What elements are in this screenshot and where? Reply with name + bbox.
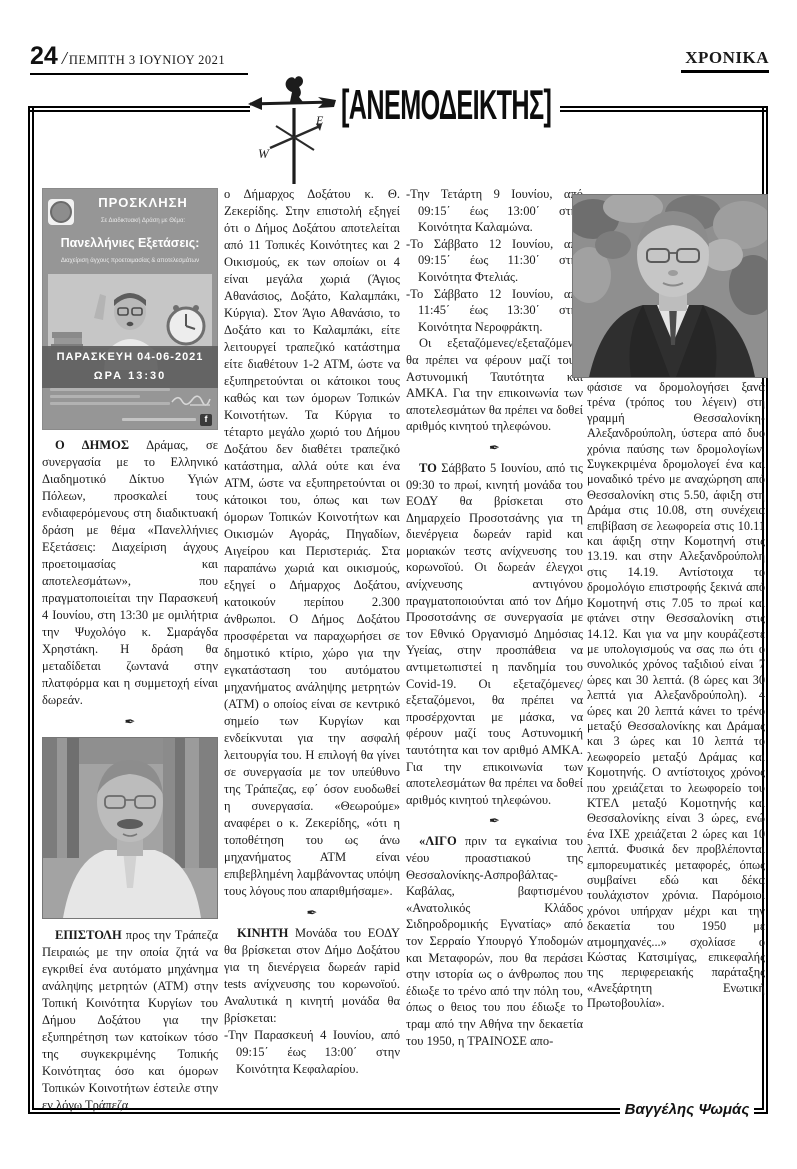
poster-title: ΠΡΟΣΚΛΗΣΗ [74,194,212,211]
poster-time: ΩΡΑ 13:30 [42,368,218,385]
article-text: Δράμας, σε συνεργασία με το Ελληνικό Δια… [42,438,218,707]
page-header-left: 24/ΠΕΜΠΤΗ 3 ΙΟΥΝΙΟΥ 2021 [30,42,225,71]
column-1: ΠΡΟΣΚΛΗΣΗ Σε Διαδικτυακή Δράση με Θέμα: … [42,188,218,1120]
schedule-item: -Την Τετάρτη 9 Ιουνίου, από 09:15΄ έως 1… [406,186,583,236]
poster-top: ΠΡΟΣΚΛΗΣΗ Σε Διαδικτυακή Δράση με Θέμα: [42,188,218,232]
article-lead: «ΛΙΓΟ [419,834,457,848]
article-paragraph: φάσισε να δρομολογήσει ξανά τρένα (τρόπο… [587,380,765,1012]
schedule-item: -Την Παρασκευή 4 Ιουνίου, από 09:15΄ έως… [224,1027,400,1078]
poster-date-band: ΠΑΡΑΣΚΕΥΗ 04-06-2021 ΩΡΑ 13:30 [42,346,218,388]
poster-heading: Πανελλήνιες Εξετάσεις: [42,235,218,252]
poster-footer: f [42,384,218,430]
article-lead: ΤΟ [419,461,437,475]
portrait-photo-mayor [42,737,218,919]
column-4: φάσισε να δρομολογήσει ξανά τρένα (τρόπο… [587,380,765,1112]
schedule-item: -Το Σάββατο 12 Ιουνίου, από 09:15΄ έως 1… [406,236,583,286]
article-paragraph: Οι εξεταζόμενες/εξεταζόμενοι θα πρέπει ν… [406,335,583,435]
poster-subtitle: Σε Διαδικτυακή Δράση με Θέμα: [74,213,212,230]
column-3: -Την Τετάρτη 9 Ιουνίου, από 09:15΄ έως 1… [406,186,583,1116]
article-text: φάσισε να δρομολογήσει ξανά τρένα (τρόπο… [587,380,765,1010]
event-poster: ΠΡΟΣΚΛΗΣΗ Σε Διαδικτυακή Δράση με Θέμα: … [42,188,218,430]
article-text: προς την Τράπεζα Πειραιώς με την οποία ζ… [42,928,218,1112]
article-lead: ΚΙΝΗΤΗ [237,926,288,940]
municipality-logo-icon [48,199,74,225]
article-lead: Ο ΔΗΜΟΣ [55,438,129,452]
article-paragraph: ο Δήμαρχος Δοξάτου κ. Θ. Ζεκερίδης. Στην… [224,186,400,900]
illegible-text-line [122,418,196,421]
illegible-text-line [50,388,170,391]
column-2: ο Δήμαρχος Δοξάτου κ. Θ. Ζεκερίδης. Στην… [224,186,400,1116]
newspaper-brand: ΧΡΟΝΙΚΑ [685,48,769,68]
poster-contact-row: f [50,413,212,426]
article-paragraph: Ο ΔΗΜΟΣ Δράμας, σε συνεργασία με το Ελλη… [42,437,218,709]
facebook-icon: f [200,414,212,426]
article-text: Μονάδα του ΕΟΔΥ θα βρίσκεται στον Δήμο Δ… [224,926,400,1025]
header-rule-right [681,70,769,73]
article-text: πριν τα εγκαίνια του νέου προαστιακού τη… [406,834,583,1047]
poster-subheading: Διαχείριση άγχους προετοιμασίας & αποτελ… [42,253,218,270]
header-rule-left [30,73,248,75]
author-signature: Βαγγέλης Ψωμάς [620,1096,754,1123]
pen-nib-dingbat: ✒ [406,811,583,831]
issue-date: ΠΕΜΠΤΗ 3 ΙΟΥΝΙΟΥ 2021 [69,53,225,67]
poster-date: ΠΑΡΑΣΚΕΥΗ 04-06-2021 [42,349,218,366]
signature-scribble [170,392,212,413]
illegible-text-line [50,402,170,405]
article-paragraph: «ΛΙΓΟ πριν τα εγκαίνια του νέου προαστια… [406,833,583,1049]
portrait-photo-politician [572,194,768,378]
schedule-item: -Το Σάββατο 12 Ιουνίου, από 11:45΄ έως 1… [406,286,583,336]
article-lead: ΕΠΙΣΤΟΛΗ [55,928,122,942]
article-paragraph: ΚΙΝΗΤΗ Μονάδα του ΕΟΔΥ θα βρίσκεται στον… [224,925,400,1027]
article-paragraph: ΤΟ Σάββατο 5 Ιουνίου, από τις 09:30 το π… [406,460,583,808]
illegible-text-line [50,395,140,398]
pen-nib-dingbat: ✒ [406,438,583,458]
pen-nib-dingbat: ✒ [224,903,400,923]
header-separator: / [62,48,67,68]
newspaper-page: 24/ΠΕΜΠΤΗ 3 ΙΟΥΝΙΟΥ 2021 ΧΡΟΝΙΚΑ W E [ΑΝ… [0,0,797,1169]
article-text: ο Δήμαρχος Δοξάτου κ. Θ. Ζεκερίδης. Στην… [224,187,400,898]
pen-nib-dingbat: ✒ [42,712,218,732]
article-paragraph: ΕΠΙΣΤΟΛΗ προς την Τράπεζα Πειραιώς με τη… [42,927,218,1114]
page-number: 24 [30,42,58,70]
article-text: Σάββατο 5 Ιουνίου, από τις 09:30 το πρωί… [406,461,583,807]
